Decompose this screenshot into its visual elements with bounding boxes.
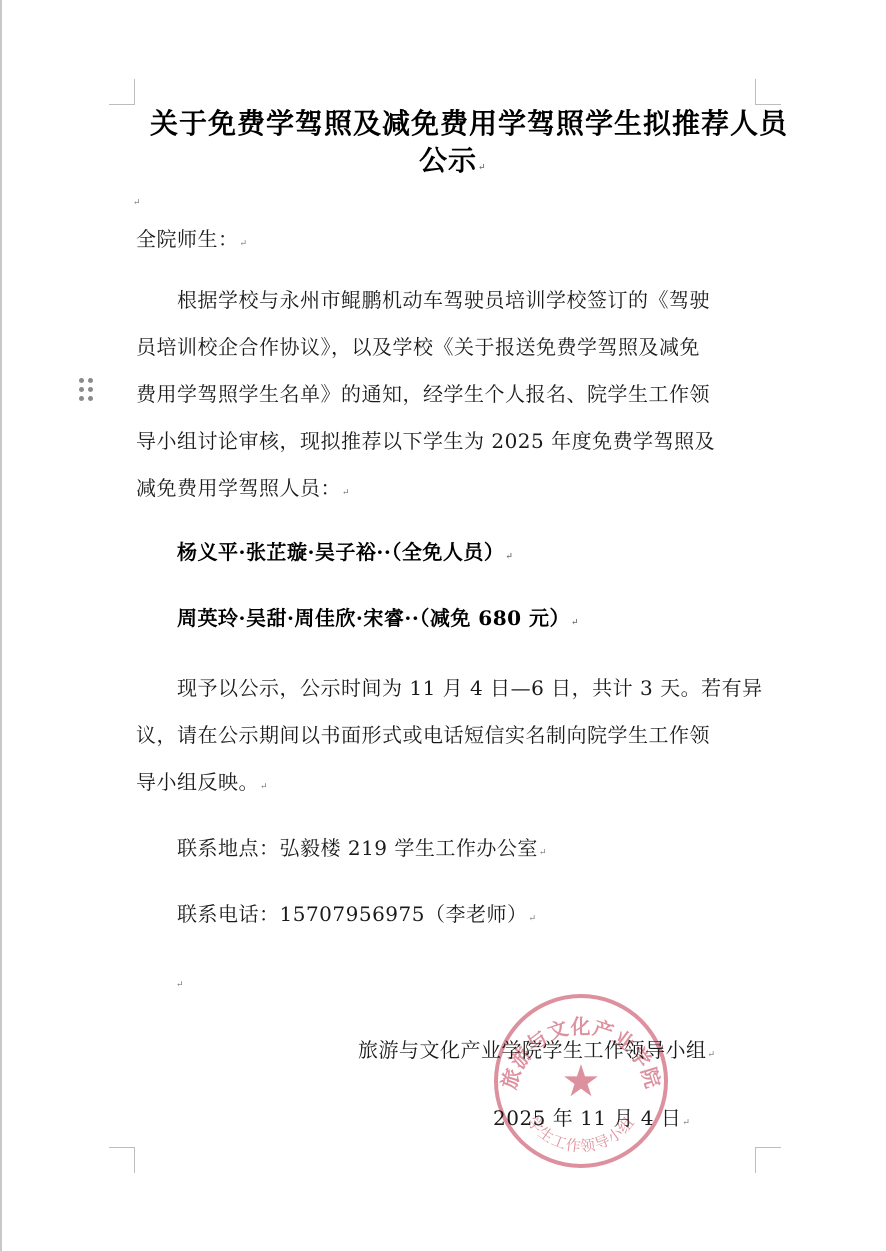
full-exemption-list[interactable]: 杨义平·张芷璇·吴子裕··（全免人员）↵ [177,542,513,562]
paragraph-line: 根据学校与永州市鲲鹏机动车驾驶员培训学校签订的《驾驶 [177,290,710,310]
paragraph-line: 费用学驾照学生名单》的通知，经学生个人报名、院学生工作领 [136,384,710,404]
signature-organization[interactable]: 旅游与文化产业学院学生工作领导小组↵ [358,1040,716,1060]
signature-date[interactable]: 2025 年 11 月 4 日↵ [493,1108,690,1128]
contact-address[interactable]: 联系地点：弘毅楼 219 学生工作办公室↵ [177,838,547,858]
partial-exemption-list[interactable]: 周英玲·吴甜·周佳欣·宋睿··（减免 680 元）↵ [177,608,579,628]
margin-corner-bottom-left [109,1147,135,1173]
paragraph-mark-empty-line: ↵ [133,198,141,208]
paragraph-line: 现予以公示，公示时间为 11 月 4 日—6 日，共计 3 天。若有异 [177,678,763,698]
paragraph-mark: ↵ [478,163,487,173]
document-title-line-1[interactable]: 关于免费学驾照及减免费用学驾照学生拟推荐人员 [150,110,788,138]
page-left-edge [0,0,2,1251]
star-icon: ★ [561,1056,600,1107]
paragraph-line: 员培训校企合作协议》，以及学校《关于报送免费学驾照及减免 [136,337,700,357]
paragraph-line: 减免费用学驾照人员：↵ [136,478,350,498]
paragraph-mark-empty-line: ↵ [176,980,184,990]
contact-phone[interactable]: 联系电话：15707956975（李老师）↵ [177,904,537,924]
salutation[interactable]: 全院师生：↵ [136,229,248,249]
margin-corner-bottom-right [755,1147,781,1173]
margin-corner-top-right [755,79,781,105]
margin-corner-top-left [109,79,135,105]
paragraph-line: 议，请在公示期间以书面形式或电话短信实名制向院学生工作领 [136,725,710,745]
drag-handle-icon[interactable] [79,378,95,404]
paragraph-line: 导小组反映。↵ [136,772,268,792]
document-title-line-2[interactable]: 公示↵ [419,147,487,175]
official-seal-stamp: 旅游与文化产业学院 ★ 学生工作领导小组 [492,992,670,1170]
paragraph-line: 导小组讨论审核，现拟推荐以下学生为 2025 年度免费学驾照及 [136,431,715,451]
